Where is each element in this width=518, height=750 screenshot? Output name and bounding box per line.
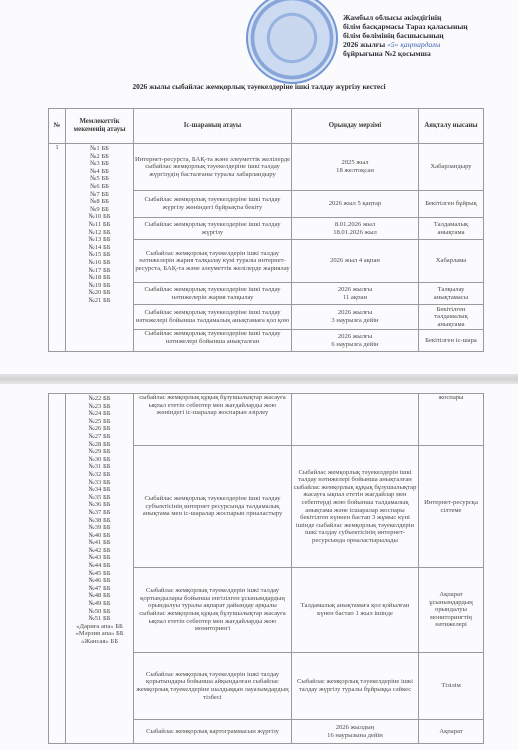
approval-year: 2026 жылғы <box>343 40 385 49</box>
activity-cell: Сыбайлас жемқорлық тәуекелдерін ішкі тал… <box>134 240 292 283</box>
form-cell: Интернет-ресурсқа сілтеме <box>419 446 484 568</box>
form-cell: Ақпарат ұсынымдардың орындалуы мониторин… <box>419 568 484 653</box>
form-cell: Бекітілген талдамалық анықтама <box>419 305 484 330</box>
form-cell: Бекітілген бұйрық <box>419 191 484 218</box>
deadline-cell: 2026 жыл 4 ақпан <box>292 240 419 283</box>
document-page-1: Жамбыл облысы әкімдігінің білім басқарма… <box>0 0 518 374</box>
deadline-cell: Талдамалық анықтамаға қол қойылған күнен… <box>292 568 419 653</box>
schedule-table-page-2: №22 ББ №23 ББ №24 ББ №25 ББ №26 ББ №27 Б… <box>48 393 484 744</box>
table-row: 1 №1 ББ №2 ББ №3 ББ №4 ББ №5 ББ №6 ББ №7… <box>49 144 484 191</box>
activity-cell: Сыбайлас жемқорлық тәуекелдерін ішкі тал… <box>134 653 292 720</box>
institution-list: №1 ББ №2 ББ №3 ББ №4 ББ №5 ББ №6 ББ №7 Б… <box>66 144 134 352</box>
row-number-continued <box>49 394 66 744</box>
institution-list: №22 ББ №23 ББ №24 ББ №25 ББ №26 ББ №27 Б… <box>66 394 134 744</box>
form-cell: Ақпарат <box>419 720 484 744</box>
approval-line: бұйрығына №2 қосымша <box>343 49 513 58</box>
deadline-cell: 8.01.2026 жыл 18.01.2026 жыл <box>292 218 419 240</box>
form-cell: Хабарлама <box>419 240 484 283</box>
deadline-cell: 2026 жылғы 3 наурызға дейін <box>292 305 419 330</box>
deadline-cell: 2026 жылдың 16 наурызына дейін <box>292 720 419 744</box>
activity-cell: Сыбайлас жемқорлық тәуекелдеріне ішкі та… <box>134 305 292 330</box>
activity-cell: Сыбайлас жемқорлық тәуекелдеріне ішкі та… <box>134 446 292 568</box>
activity-cell: Сыбайлас жемқорлық тәуекелдеріне ішкі та… <box>134 218 292 240</box>
form-cell: жоспары <box>419 394 484 446</box>
activity-cell: Сыбайлас жемқорлық тәуекелдеріне ішкі та… <box>134 330 292 352</box>
header-num: № <box>49 109 66 144</box>
activity-cell: Сыбайлас жемқорлық тәуекелдеріне ішкі та… <box>134 283 292 305</box>
approval-line: Жамбыл облысы әкімдігінің <box>343 13 513 22</box>
table-row: №22 ББ №23 ББ №24 ББ №25 ББ №26 ББ №27 Б… <box>49 394 484 446</box>
header-deadline: Орындау мерзімі <box>292 109 419 144</box>
deadline-cell: 2026 жылғы 11 ақпан <box>292 283 419 305</box>
activity-cell: сыбайлас жемқорлық құқық бұзушылықтар жа… <box>134 394 292 446</box>
deadline-cell: 2025 жыл 18 желтоқсан <box>292 144 419 191</box>
form-cell: Тізілім <box>419 653 484 720</box>
header-form: Аяқталу нысаны <box>419 109 484 144</box>
form-cell: Талқылау анықтамасы <box>419 283 484 305</box>
deadline-cell: 2026 жыл 5 қаңтар <box>292 191 419 218</box>
deadline-cell <box>292 394 419 446</box>
approval-month: қаңтардағы <box>400 40 440 49</box>
approval-date-line: 2026 жылғы «5» қаңтардағы <box>343 40 513 49</box>
activity-cell: Интернет-ресурста, БАҚ-та және әлеуметті… <box>134 144 292 191</box>
official-stamp-icon <box>246 0 338 84</box>
document-title: 2026 жылы сыбайлас жемқорлық тәуекелдері… <box>0 82 518 91</box>
approval-day: «5» <box>387 40 398 49</box>
activity-cell: Сыбайлас жемқорлық тәуекелдеріне ішкі та… <box>134 191 292 218</box>
table-header-row: № Мемлекеттік мекеменің атауы Іс-шараның… <box>49 109 484 144</box>
deadline-cell: 2026 жылғы 6 наурызға дейін <box>292 330 419 352</box>
header-institution: Мемлекеттік мекеменің атауы <box>66 109 134 144</box>
deadline-cell: Сыбайлас жемқорлық тәуекелдеріне ішкі та… <box>292 653 419 720</box>
deadline-cell: Сыбайлас жемқорлық тәуекелдерін ішкі тал… <box>292 446 419 568</box>
activity-cell: Сыбайлас жемқорлық картограммасын жүргіз… <box>134 720 292 744</box>
page-separator <box>0 374 518 384</box>
form-cell: Бекітілген іс-шара <box>419 330 484 352</box>
form-cell: Хабарландыру <box>419 144 484 191</box>
schedule-table-page-1: № Мемлекеттік мекеменің атауы Іс-шараның… <box>48 108 484 352</box>
header-activity: Іс-шараның атауы <box>134 109 292 144</box>
approval-block: Жамбыл облысы әкімдігінің білім басқарма… <box>343 13 513 58</box>
activity-cell: Сыбайлас жемқорлық тәуекелдерін ішкі тал… <box>134 568 292 653</box>
row-number: 1 <box>49 144 66 352</box>
approval-line: білім басқармасы Тараз қаласының <box>343 22 513 31</box>
form-cell: Талдамалық анықтама <box>419 218 484 240</box>
approval-line: білім бөлімінің басшысының <box>343 31 513 40</box>
